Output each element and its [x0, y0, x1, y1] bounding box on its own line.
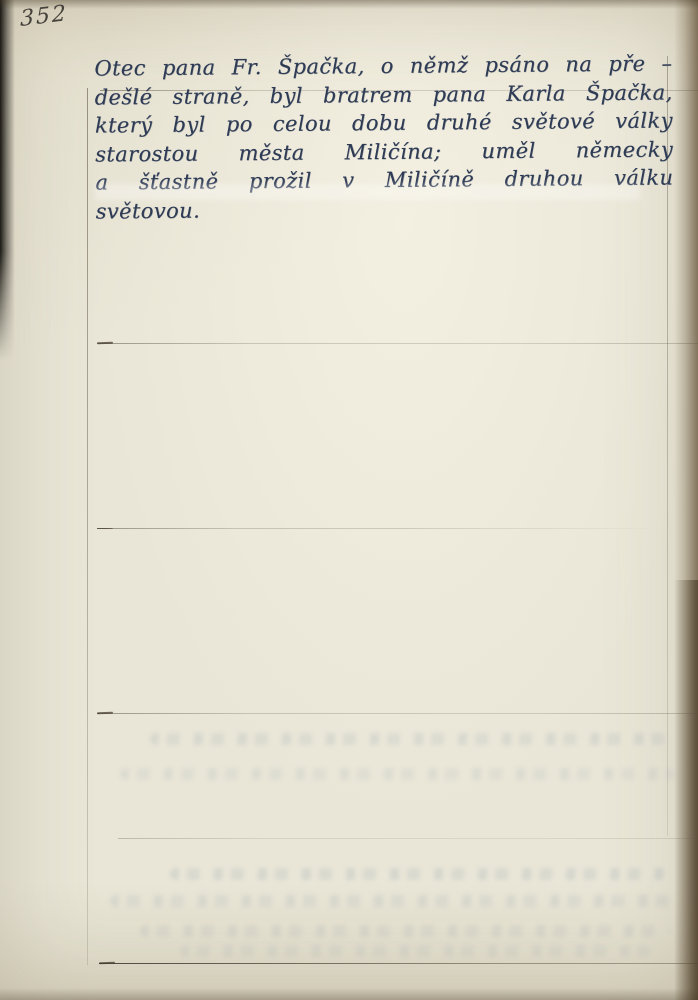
handwriting-line: který byl po celou dobu druhé světové vá… [95, 106, 673, 140]
page-number: 352 [20, 1, 68, 32]
scan-edge-bottom-shadow [0, 988, 698, 1000]
erasure-band [95, 184, 640, 200]
ink-bleedthrough-row [120, 768, 675, 780]
pencil-rule-3 [97, 528, 657, 529]
pencil-rule-5 [118, 838, 698, 839]
ink-bleedthrough-row [110, 895, 670, 907]
scan-edge-top-shadow [0, 0, 698, 9]
pencil-rule-2 [97, 343, 698, 344]
ink-bleedthrough-row [180, 945, 650, 957]
ink-bleedthrough-row [170, 868, 670, 880]
ink-bleedthrough-row [140, 925, 670, 937]
handwriting-line: Otec pana Fr. Špačka, o němž psáno na př… [94, 49, 672, 83]
scan-edge-left-shadow [0, 0, 15, 360]
scan-edge-right-shadow [674, 0, 698, 1000]
pencil-rule-4 [97, 713, 698, 714]
ink-bleedthrough-row [150, 733, 670, 745]
pencil-rule-6 [99, 963, 698, 964]
margin-line-left [87, 88, 88, 965]
scanned-chronicle-page: 352 Otec pana Fr. Špačka, o němž psáno n… [0, 0, 698, 1000]
